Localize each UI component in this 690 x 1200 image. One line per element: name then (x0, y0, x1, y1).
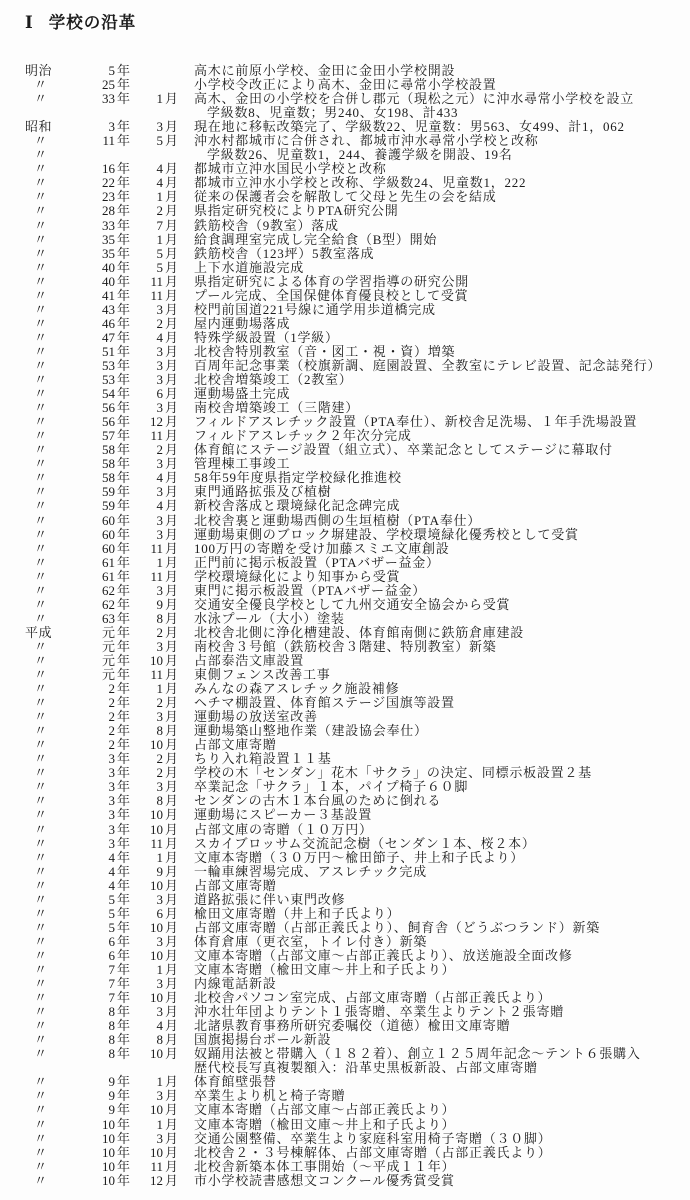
month-cell: 3月 (131, 373, 179, 387)
month-cell: 5月 (131, 134, 179, 148)
month-value: 3 (131, 373, 163, 387)
event-cell: 従来の保護者会を解散して父母と先生の会を結成 (194, 190, 497, 204)
era-cell: 〃 (25, 275, 67, 289)
year-cell: 47年 (67, 331, 131, 345)
year-unit: 年 (117, 542, 131, 556)
event-cell: 学校の木「センダン」花木「サクラ」の決定、同標示板設置２基 (194, 766, 592, 780)
month-unit: 月 (165, 935, 179, 949)
month-value: 5 (131, 261, 163, 275)
month-cell: 4月 (131, 471, 179, 485)
year-cell: 40年 (67, 275, 131, 289)
month-value: 2 (131, 766, 163, 780)
event-cell: 文庫本寄贈（占部文庫～占部正義氏より）、放送施設全面改修 (194, 949, 573, 963)
month-unit: 月 (165, 514, 179, 528)
month-cell: 1月 (131, 233, 179, 247)
year-cell: 元年 (67, 654, 131, 668)
history-row: 〃16年4月都城市立沖水国民小学校と改称 (25, 162, 686, 176)
year-value: 3 (67, 766, 115, 780)
era-cell: 〃 (25, 963, 67, 977)
year-cell: 8年 (67, 1019, 131, 1033)
event-cell: 県指定研究校によりPTA研究公開 (194, 204, 399, 218)
era-cell: 〃 (25, 387, 67, 401)
month-cell: 6月 (131, 387, 179, 401)
month-unit: 月 (165, 415, 179, 429)
month-cell: 3月 (131, 303, 179, 317)
year-value: 54 (67, 387, 115, 401)
year-unit: 年 (117, 415, 131, 429)
month-value: 3 (131, 935, 163, 949)
history-row: 〃10年3月交通公園整備、卒業生より家庭科室用椅子寄贈（３０脚） (25, 1132, 686, 1146)
year-unit: 年 (117, 261, 131, 275)
history-row: 〃41年11月プール完成、全国保健体育優良校として受賞 (25, 289, 686, 303)
month-unit: 月 (165, 471, 179, 485)
year-value: 59 (67, 499, 115, 513)
month-unit (165, 106, 179, 120)
history-row: 〃62年9月交通安全優良学校として九州交通安全協会から受賞 (25, 598, 686, 612)
year-cell: 28年 (67, 204, 131, 218)
year-unit: 年 (117, 1174, 131, 1188)
year-unit (117, 1061, 131, 1075)
month-unit: 月 (165, 247, 179, 261)
year-value: 53 (67, 373, 115, 387)
year-unit: 年 (117, 233, 131, 247)
month-cell: 11月 (131, 289, 179, 303)
year-cell: 51年 (67, 345, 131, 359)
era-cell: 〃 (25, 1005, 67, 1019)
history-row: 〃54年6月運動場盛土完成 (25, 387, 686, 401)
year-value: 元 (67, 640, 115, 654)
month-cell: 10月 (131, 949, 179, 963)
year-cell: 9年 (67, 1075, 131, 1089)
month-cell: 10月 (131, 1047, 179, 1061)
year-cell: 59年 (67, 485, 131, 499)
year-cell: 元年 (67, 640, 131, 654)
era-cell: 〃 (25, 471, 67, 485)
year-unit: 年 (117, 443, 131, 457)
year-cell: 3年 (67, 794, 131, 808)
history-row: 〃61年11月学校環境緑化により知事から受賞 (25, 570, 686, 584)
month-value: 1 (131, 190, 163, 204)
year-cell: 33年 (67, 92, 131, 106)
month-value: 2 (131, 752, 163, 766)
year-value: 16 (67, 162, 115, 176)
month-cell (131, 148, 179, 162)
year-unit: 年 (117, 921, 131, 935)
year-cell: 58年 (67, 471, 131, 485)
month-unit: 月 (165, 401, 179, 415)
era-cell: 〃 (25, 415, 67, 429)
year-unit: 年 (117, 766, 131, 780)
year-unit: 年 (117, 654, 131, 668)
month-value: 3 (131, 1005, 163, 1019)
year-cell: 9年 (67, 1103, 131, 1117)
event-cell: 運動場の放送室改善 (194, 710, 318, 724)
history-row: 〃59年4月新校舎落成と環境緑化記念碑完成 (25, 499, 686, 513)
history-row: 〃6年10月文庫本寄贈（占部文庫～占部正義氏より）、放送施設全面改修 (25, 949, 686, 963)
event-cell: 沖水村都城市に合併され、都城市沖水尋常小学校と改称 (194, 134, 539, 148)
month-value: 1 (131, 1118, 163, 1132)
year-cell: 11年 (67, 134, 131, 148)
year-cell: 58年 (67, 457, 131, 471)
month-unit: 月 (165, 303, 179, 317)
month-value: 2 (131, 317, 163, 331)
event-cell: 占部文庫の寄贈（１０万円） (194, 823, 373, 837)
month-value: 3 (131, 780, 163, 794)
history-row: 〃10年1月文庫本寄贈（楡田文庫～井上和子氏より） (25, 1118, 686, 1132)
year-cell: 元年 (67, 626, 131, 640)
era-cell: 〃 (25, 176, 67, 190)
year-cell: 8年 (67, 1033, 131, 1047)
year-unit: 年 (117, 162, 131, 176)
year-unit: 年 (117, 373, 131, 387)
history-row: 〃8年10月奴踊用法被と帯購入（１８２着）、創立１２５周年記念～テント６張購入 (25, 1047, 686, 1061)
year-cell: 10年 (67, 1146, 131, 1160)
month-unit: 月 (165, 823, 179, 837)
event-cell: 一輪車練習場完成、アスレチック完成 (194, 865, 427, 879)
month-unit: 月 (165, 499, 179, 513)
year-cell: 5年 (67, 921, 131, 935)
month-unit: 月 (165, 485, 179, 499)
month-cell: 3月 (131, 528, 179, 542)
era-cell: 〃 (25, 668, 67, 682)
month-value: 3 (131, 1132, 163, 1146)
event-cell: 文庫本寄贈（楡田文庫～井上和子氏より） (194, 963, 455, 977)
event-cell: スカイブロッサム交流記念樹（センダン１本、桜２本） (194, 837, 536, 851)
year-unit: 年 (117, 514, 131, 528)
event-cell: 体育館にステージ設置（組立式）、卒業記念としてステージに幕取付 (194, 443, 613, 457)
year-unit: 年 (117, 1160, 131, 1174)
event-cell: 楡田文庫寄贈（井上和子氏より） (194, 907, 400, 921)
year-unit: 年 (117, 907, 131, 921)
event-cell: 北校舎特別教室（音・図工・視・資）増築 (194, 345, 455, 359)
event-cell: 運動場築山整地作業（建設協会奉仕） (194, 724, 428, 738)
event-cell: 沖水壮年団よりテント１張寄贈、卒業生よりテント２張寄贈 (194, 1005, 564, 1019)
year-unit: 年 (117, 935, 131, 949)
month-cell: 3月 (131, 710, 179, 724)
month-value: 3 (131, 485, 163, 499)
month-unit: 月 (165, 893, 179, 907)
event-cell: 道路拡張に伴い東門改修 (194, 893, 345, 907)
month-unit (165, 148, 179, 162)
history-row: 〃元年3月南校舎３号館（鉄筋校舎３階建、特別教室）新築 (25, 640, 686, 654)
event-cell: 新校舎落成と環境緑化記念碑完成 (194, 499, 400, 513)
year-cell: 9年 (67, 1089, 131, 1103)
page-title-numeral: Ⅰ (25, 13, 34, 32)
era-cell: 〃 (25, 1033, 67, 1047)
history-row: 〃学級数26、児童数1，244、養護学級を開設、19名 (25, 148, 686, 162)
year-unit (117, 106, 131, 120)
month-cell: 7月 (131, 219, 179, 233)
year-cell: 5年 (67, 64, 131, 78)
era-cell: 〃 (25, 443, 67, 457)
month-unit: 月 (165, 612, 179, 626)
year-unit: 年 (117, 528, 131, 542)
history-row: 〃56年3月南校舎増築竣工（三階建） (25, 401, 686, 415)
history-row: 〃59年3月東門通路拡張及び植樹 (25, 485, 686, 499)
event-cell: 学校環境緑化により知事から受賞 (194, 570, 400, 584)
month-unit: 月 (165, 1075, 179, 1089)
year-cell: 46年 (67, 317, 131, 331)
month-value (131, 78, 163, 92)
event-cell: 特殊学級設置（1学級） (194, 331, 339, 345)
year-value: 3 (67, 823, 115, 837)
year-value: 59 (67, 485, 115, 499)
history-row: 学級数8、児童数；男240、女198、計433 (25, 106, 686, 120)
event-cell: プール完成、全国保健体育優良校として受賞 (194, 289, 468, 303)
year-value: 元 (67, 654, 115, 668)
event-cell: 市小学校読書感想文コンクール優秀賞受賞 (194, 1174, 455, 1188)
year-unit: 年 (117, 837, 131, 851)
year-unit: 年 (117, 120, 131, 134)
month-cell: 2月 (131, 626, 179, 640)
history-row: 〃40年11月県指定研究による体育の学習指導の研究公開 (25, 275, 686, 289)
year-cell: 4年 (67, 865, 131, 879)
era-cell: 〃 (25, 204, 67, 218)
history-row: 歴代校長写真複製額入：沿革史黒板新設、占部文庫寄贈 (25, 1061, 686, 1075)
month-cell: 1月 (131, 556, 179, 570)
month-value: 3 (131, 893, 163, 907)
history-row: 〃62年3月東門に掲示板設置（PTAバザー益金） (25, 584, 686, 598)
month-unit: 月 (165, 1047, 179, 1061)
month-value: 1 (131, 92, 163, 106)
year-value: 3 (67, 837, 115, 851)
year-unit: 年 (117, 668, 131, 682)
year-unit: 年 (117, 303, 131, 317)
event-cell: 北校舎増築竣工（2教室） (194, 373, 353, 387)
era-cell (25, 1061, 67, 1075)
history-row: 〃58年3月管理棟工事竣工 (25, 457, 686, 471)
year-unit: 年 (117, 1033, 131, 1047)
year-cell: 41年 (67, 289, 131, 303)
month-unit: 月 (165, 640, 179, 654)
event-cell: 58年59年度県指定学校緑化推進校 (194, 471, 402, 485)
year-value: 9 (67, 1089, 115, 1103)
month-cell: 1月 (131, 682, 179, 696)
year-value: 33 (67, 92, 115, 106)
event-cell: 学級数26、児童数1，244、養護学級を開設、19名 (194, 148, 513, 162)
month-cell: 3月 (131, 935, 179, 949)
month-unit (165, 1061, 179, 1075)
month-cell: 3月 (131, 514, 179, 528)
month-value: 11 (131, 289, 163, 303)
era-cell: 〃 (25, 612, 67, 626)
month-value: 10 (131, 654, 163, 668)
month-cell (131, 78, 179, 92)
month-cell: 2月 (131, 204, 179, 218)
era-cell: 〃 (25, 738, 67, 752)
event-cell: 南校舎増築竣工（三階建） (194, 401, 359, 415)
month-unit: 月 (165, 949, 179, 963)
year-cell: 2年 (67, 696, 131, 710)
month-value: 3 (131, 640, 163, 654)
month-value: 3 (131, 303, 163, 317)
month-unit: 月 (165, 92, 179, 106)
year-unit: 年 (117, 92, 131, 106)
year-unit: 年 (117, 724, 131, 738)
month-value: 10 (131, 808, 163, 822)
era-cell: 〃 (25, 78, 67, 92)
year-value: 2 (67, 724, 115, 738)
event-cell: 交通公園整備、卒業生より家庭科室用椅子寄贈（３０脚） (194, 1132, 552, 1146)
history-row: 昭和3年3月現在地に移転改築完了、学級数22、児童数：男563、女499、計1，… (25, 120, 686, 134)
era-cell: 〃 (25, 570, 67, 584)
history-row: 〃2年10月占部文庫寄贈 (25, 738, 686, 752)
era-cell: 〃 (25, 1019, 67, 1033)
year-value: 28 (67, 204, 115, 218)
month-cell: 3月 (131, 401, 179, 415)
year-value: 56 (67, 415, 115, 429)
year-unit: 年 (117, 176, 131, 190)
month-unit: 月 (165, 879, 179, 893)
history-row: 〃5年3月道路拡張に伴い東門改修 (25, 893, 686, 907)
page-title-text: 学校の沿革 (49, 13, 137, 32)
month-cell: 10月 (131, 921, 179, 935)
history-row: 〃10年10月北校舎２・３号棟解体、占部文庫寄贈（占部正義氏より） (25, 1146, 686, 1160)
year-unit: 年 (117, 485, 131, 499)
month-value: 5 (131, 134, 163, 148)
year-value: 4 (67, 879, 115, 893)
month-value: 2 (131, 626, 163, 640)
era-cell: 〃 (25, 949, 67, 963)
era-cell: 〃 (25, 682, 67, 696)
year-value: 7 (67, 963, 115, 977)
year-value: 10 (67, 1146, 115, 1160)
history-row: 〃8年4月北諸県教育事務所研究委嘱佼（道徳）楡田文庫寄贈 (25, 1019, 686, 1033)
month-cell: 3月 (131, 457, 179, 471)
era-cell: 〃 (25, 1160, 67, 1174)
year-value: 10 (67, 1132, 115, 1146)
month-cell: 3月 (131, 1132, 179, 1146)
month-cell (131, 1061, 179, 1075)
history-row: 〃3年10月占部文庫の寄贈（１０万円） (25, 823, 686, 837)
month-unit: 月 (165, 808, 179, 822)
month-cell: 3月 (131, 780, 179, 794)
month-unit: 月 (165, 261, 179, 275)
month-value: 3 (131, 120, 163, 134)
year-cell: 2年 (67, 682, 131, 696)
year-unit: 年 (117, 879, 131, 893)
year-unit: 年 (117, 808, 131, 822)
month-value: 10 (131, 1146, 163, 1160)
month-value: 9 (131, 865, 163, 879)
era-cell: 〃 (25, 808, 67, 822)
history-row: 〃25年小学校令改正により高木、金田に尋常小学校設置 (25, 78, 686, 92)
month-unit: 月 (165, 1005, 179, 1019)
year-value: 35 (67, 247, 115, 261)
month-unit: 月 (165, 233, 179, 247)
month-value: 3 (131, 359, 163, 373)
history-row: 〃7年3月内線電話新設 (25, 977, 686, 991)
history-row: 〃2年3月運動場の放送室改善 (25, 710, 686, 724)
month-unit: 月 (165, 1146, 179, 1160)
year-value: 5 (67, 64, 115, 78)
month-unit: 月 (165, 710, 179, 724)
year-unit: 年 (117, 963, 131, 977)
year-cell: 2年 (67, 710, 131, 724)
event-cell: センダンの古木１本台風のために倒れる (194, 794, 441, 808)
month-cell: 11月 (131, 837, 179, 851)
event-cell: 小学校令改正により高木、金田に尋常小学校設置 (194, 78, 497, 92)
year-unit: 年 (117, 696, 131, 710)
month-value: 3 (131, 345, 163, 359)
history-row: 〃53年3月百周年記念事業（校旗新調、庭園設置、全教室にテレビ設置、記念誌発行） (25, 359, 686, 373)
year-unit: 年 (117, 991, 131, 1005)
month-unit: 月 (165, 963, 179, 977)
month-value: 10 (131, 949, 163, 963)
event-cell: 内線電話新設 (194, 977, 277, 991)
month-cell: 5月 (131, 247, 179, 261)
month-cell: 3月 (131, 893, 179, 907)
event-cell: 正門前に掲示板設置（PTAバザー益金） (194, 556, 440, 570)
month-unit: 月 (165, 542, 179, 556)
era-cell: 昭和 (25, 120, 67, 134)
event-cell: 北校舎２・３号棟解体、占部文庫寄贈（占部正義氏より） (194, 1146, 552, 1160)
month-unit: 月 (165, 907, 179, 921)
history-row: 〃35年5月鉄筋校舎（123坪）5教室落成 (25, 247, 686, 261)
month-value: 1 (131, 682, 163, 696)
year-cell: 57年 (67, 429, 131, 443)
month-unit: 月 (165, 1118, 179, 1132)
month-cell: 1月 (131, 1118, 179, 1132)
year-unit: 年 (117, 1005, 131, 1019)
event-cell: 東側フェンス改善工事 (194, 668, 330, 682)
era-cell: 〃 (25, 865, 67, 879)
month-cell: 8月 (131, 612, 179, 626)
history-row: 〃3年3月卒業記念「サクラ」１本，パイプ椅子６０脚 (25, 780, 686, 794)
era-cell: 〃 (25, 1089, 67, 1103)
year-unit: 年 (117, 275, 131, 289)
event-cell: 運動場盛土完成 (194, 387, 290, 401)
month-unit: 月 (165, 766, 179, 780)
era-cell: 〃 (25, 359, 67, 373)
history-row: 〃60年11月100万円の寄贈を受け加藤スミエ文庫創設 (25, 542, 686, 556)
year-value: 58 (67, 457, 115, 471)
event-cell: 東門通路拡張及び植樹 (194, 485, 332, 499)
event-cell: 歴代校長写真複製額入：沿革史黒板新設、占部文庫寄贈 (194, 1061, 538, 1075)
event-cell: 運動場にスピーカー３基設置 (194, 808, 372, 822)
era-cell: 〃 (25, 1047, 67, 1061)
month-value: 7 (131, 219, 163, 233)
era-cell: 〃 (25, 724, 67, 738)
month-value: 2 (131, 443, 163, 457)
year-value: 5 (67, 893, 115, 907)
year-value: 2 (67, 710, 115, 724)
era-cell: 〃 (25, 1075, 67, 1089)
history-row: 明治5年高木に前原小学校、金田に金田小学校開設 (25, 64, 686, 78)
month-cell: 2月 (131, 766, 179, 780)
event-cell: フィルドアスレチック２年次分完成 (194, 429, 412, 443)
year-unit: 年 (117, 1089, 131, 1103)
year-value: 10 (67, 1174, 115, 1188)
history-row: 〃3年10月運動場にスピーカー３基設置 (25, 808, 686, 822)
month-cell: 11月 (131, 429, 179, 443)
month-value (131, 106, 163, 120)
month-value: 1 (131, 963, 163, 977)
month-cell (131, 64, 179, 78)
year-unit: 年 (117, 612, 131, 626)
month-value: 11 (131, 542, 163, 556)
year-value: 62 (67, 584, 115, 598)
year-unit: 年 (117, 752, 131, 766)
month-unit: 月 (165, 626, 179, 640)
month-unit: 月 (165, 204, 179, 218)
month-unit: 月 (165, 1103, 179, 1117)
month-unit: 月 (165, 289, 179, 303)
year-unit: 年 (117, 851, 131, 865)
year-unit: 年 (117, 317, 131, 331)
year-value: 57 (67, 429, 115, 443)
month-unit: 月 (165, 1160, 179, 1174)
